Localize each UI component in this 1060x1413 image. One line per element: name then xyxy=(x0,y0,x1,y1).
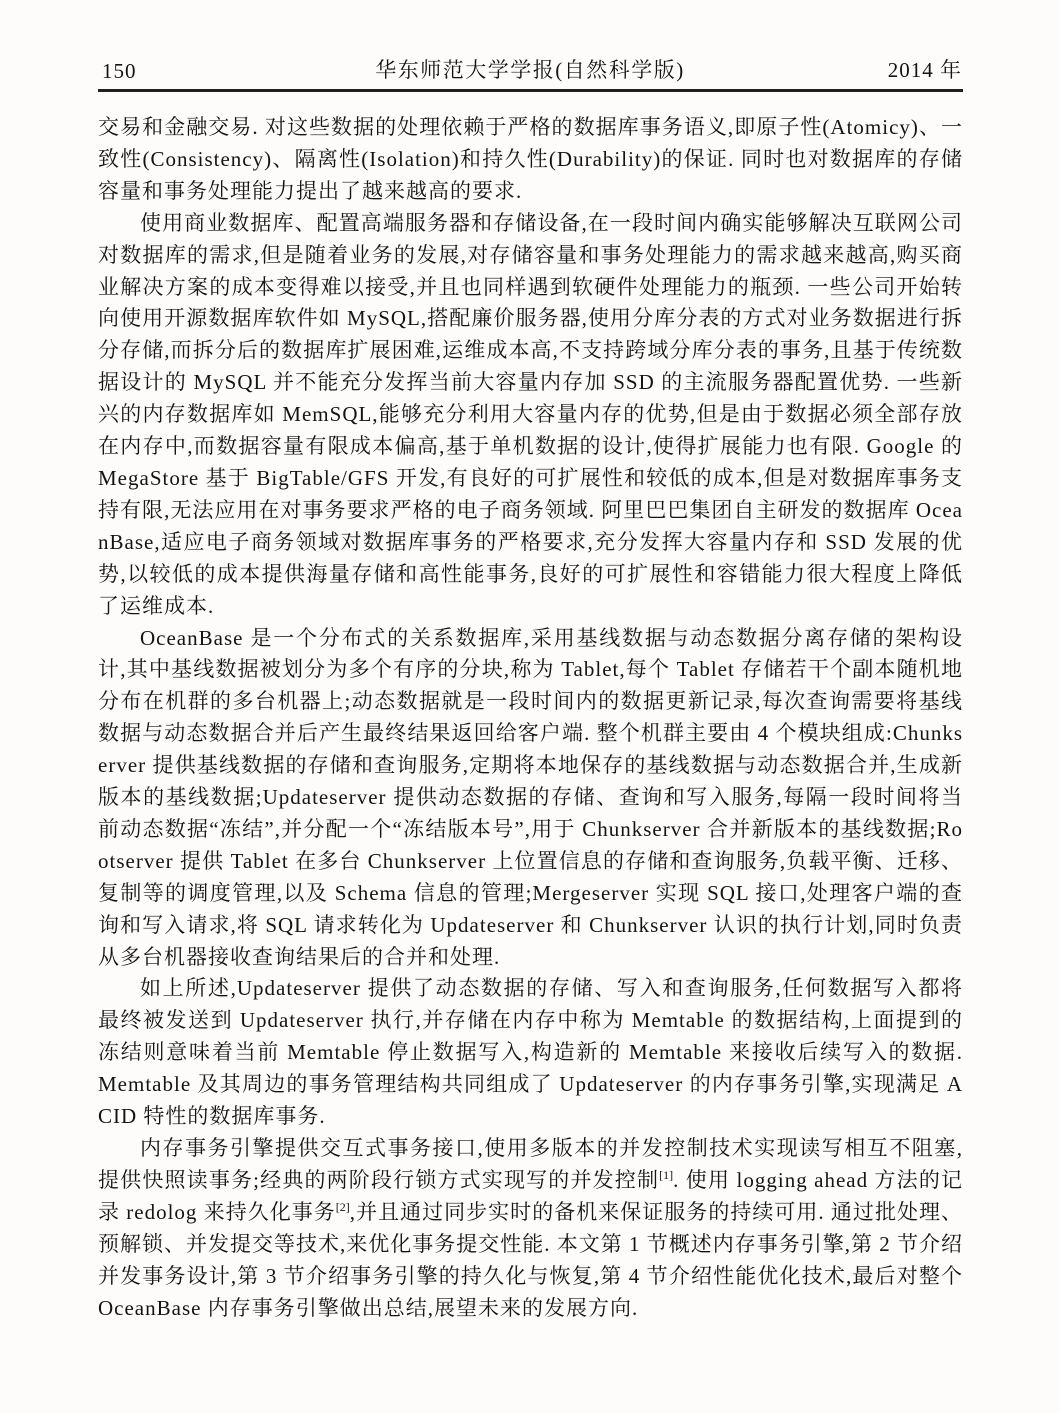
text-run: OceanBase 是一个分布式的关系数据库,采用基线数据与动态数据分离存储的架… xyxy=(98,626,963,969)
publication-year: 2014 年 xyxy=(888,54,962,84)
text-run: 使用商业数据库、配置高端服务器和存储设备,在一段时间内确实能够解决互联网公司对数… xyxy=(98,211,963,618)
header-divider xyxy=(98,89,963,92)
article-body: 交易和金融交易. 对这些数据的处理依赖于严格的数据库事务语义,即原子性(Atom… xyxy=(98,112,963,1324)
paragraph: 如上所述,Updateserver 提供了动态数据的存储、写入和查询服务,任何数… xyxy=(98,973,963,1133)
paragraph: 交易和金融交易. 对这些数据的处理依赖于严格的数据库事务语义,即原子性(Atom… xyxy=(98,112,963,208)
journal-title: 华东师范大学学报(自然科学版) xyxy=(98,54,962,84)
paragraph: 内存事务引擎提供交互式事务接口,使用多版本的并发控制技术实现读写相互不阻塞,提供… xyxy=(98,1133,963,1324)
paragraph: OceanBase 是一个分布式的关系数据库,采用基线数据与动态数据分离存储的架… xyxy=(98,623,963,974)
citation-ref: [2] xyxy=(336,1200,350,1214)
text-run: 交易和金融交易. 对这些数据的处理依赖于严格的数据库事务语义,即原子性(Atom… xyxy=(98,115,963,203)
paragraph: 使用商业数据库、配置高端服务器和存储设备,在一段时间内确实能够解决互联网公司对数… xyxy=(98,208,963,623)
page-header: 150 华东师范大学学报(自然科学版) 2014 年 xyxy=(98,56,962,84)
text-run: 如上所述,Updateserver 提供了动态数据的存储、写入和查询服务,任何数… xyxy=(98,976,963,1128)
citation-ref: [1] xyxy=(659,1168,673,1182)
journal-page: 150 华东师范大学学报(自然科学版) 2014 年 交易和金融交易. 对这些数… xyxy=(0,0,1060,1413)
